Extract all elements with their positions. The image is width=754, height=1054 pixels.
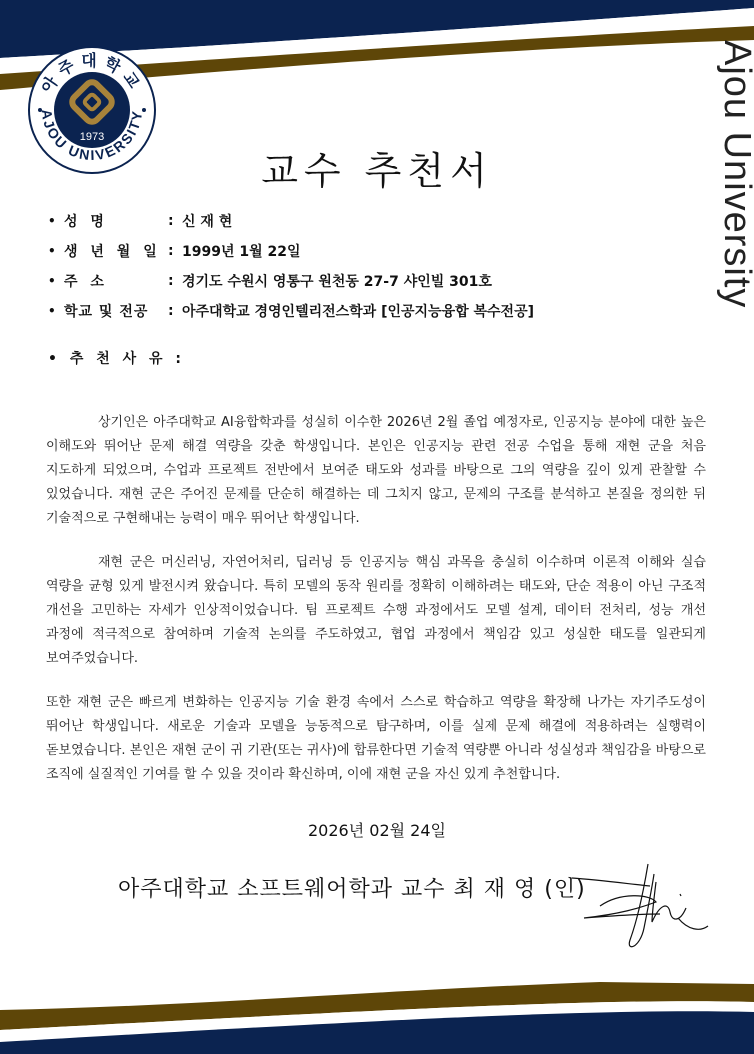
applicant-info: • 성 명 : 신 재 현 • 생 년 월 일 : 1999년 1월 22일 •… [48,206,534,326]
signature-icon [560,858,710,958]
info-label: 성 명 [64,211,168,231]
info-row-school-major: • 학교 및 전공 : 아주대학교 경영인텔리전스학과 [인공지능융합 복수전공… [48,296,534,326]
info-label: 생 년 월 일 [64,241,168,261]
info-value: 아주대학교 경영인텔리전스학과 [인공지능융합 복수전공] [182,301,534,321]
info-label: 학교 및 전공 [64,301,168,321]
bullet-icon: • [48,304,64,318]
info-row-address: • 주 소 : 경기도 수원시 영통구 원천동 27-7 샤인빌 301호 [48,266,534,296]
recommendation-paragraph-1: 상기인은 아주대학교 AI융합학과를 성실히 이수한 2026년 2월 졸업 예… [46,411,706,531]
footer-wave-decoration [0,970,754,1054]
recommendation-paragraph-3: 또한 재현 군은 빠르게 변화하는 인공지능 기술 환경 속에서 스스로 학습하… [46,691,706,787]
info-value: 신 재 현 [182,211,232,231]
info-label: 주 소 [64,271,168,291]
recommendation-paragraph-2: 재현 군은 머신러닝, 자연어처리, 딥러닝 등 인공지능 핵심 과목을 충실히… [46,551,706,671]
document-title: 교수 추천서 [0,140,754,195]
info-value: 1999년 1월 22일 [182,241,301,261]
bullet-icon: • [48,274,64,288]
info-row-name: • 성 명 : 신 재 현 [48,206,534,236]
bullet-icon: • [48,244,64,258]
document-date: 2026년 02월 24일 [0,818,754,841]
info-row-birthdate: • 생 년 월 일 : 1999년 1월 22일 [48,236,534,266]
bullet-icon: • [48,351,70,367]
reason-heading: • 추 천 사 유 : [48,348,185,368]
info-value: 경기도 수원시 영통구 원천동 27-7 샤인빌 301호 [182,271,492,291]
bullet-icon: • [48,214,64,228]
signer-line: 아주대학교 소프트웨어학과 교수 최 재 영 (인) [118,872,586,903]
